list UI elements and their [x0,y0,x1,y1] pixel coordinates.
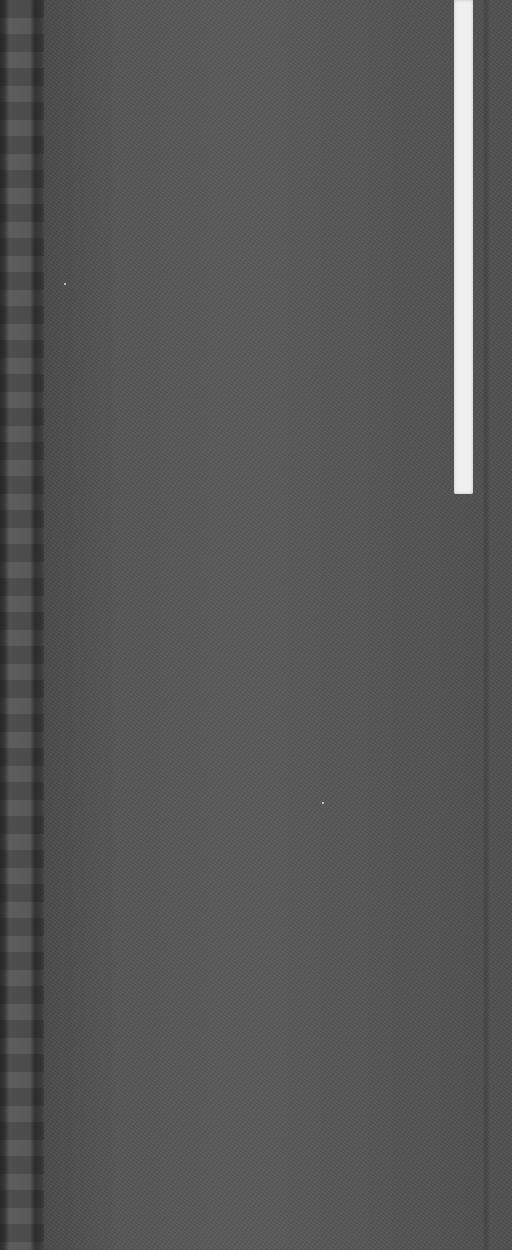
road-shoulder-strip [0,0,44,1250]
road-edge-groove [482,0,490,1250]
debris-speck [322,802,324,804]
asphalt-road-surface [0,0,512,1250]
debris-speck [64,283,66,285]
white-lane-marking [454,0,473,494]
